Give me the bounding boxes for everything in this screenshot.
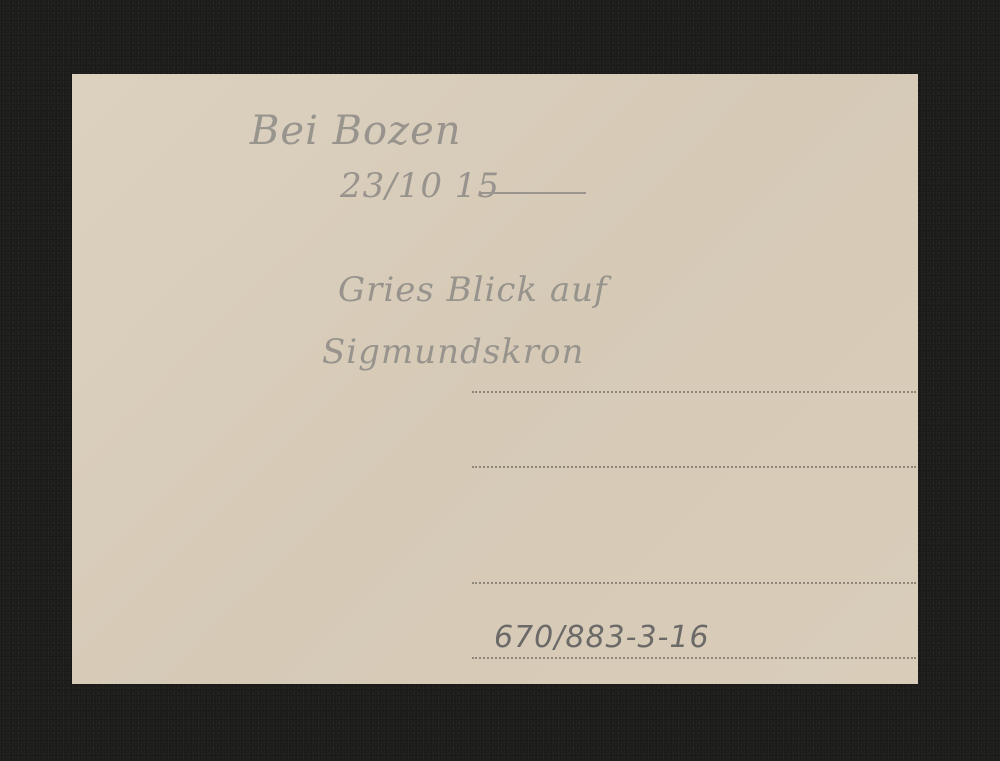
postcard-back: Bei Bozen 23/10 15 Gries Blick auf Sigmu…	[72, 74, 918, 684]
handwritten-caption-line-1: Gries Blick auf	[338, 270, 608, 310]
handwritten-date: 23/10 15	[340, 166, 500, 206]
address-line-1	[472, 391, 916, 393]
address-line-2	[472, 466, 916, 468]
handwritten-caption-line-2: Sigmundskron	[322, 332, 584, 372]
address-line-4	[472, 657, 916, 659]
address-line-3	[472, 582, 916, 584]
date-underline	[480, 192, 586, 194]
handwritten-location: Bei Bozen	[250, 108, 462, 154]
inventory-number: 670/883-3-16	[494, 620, 710, 655]
